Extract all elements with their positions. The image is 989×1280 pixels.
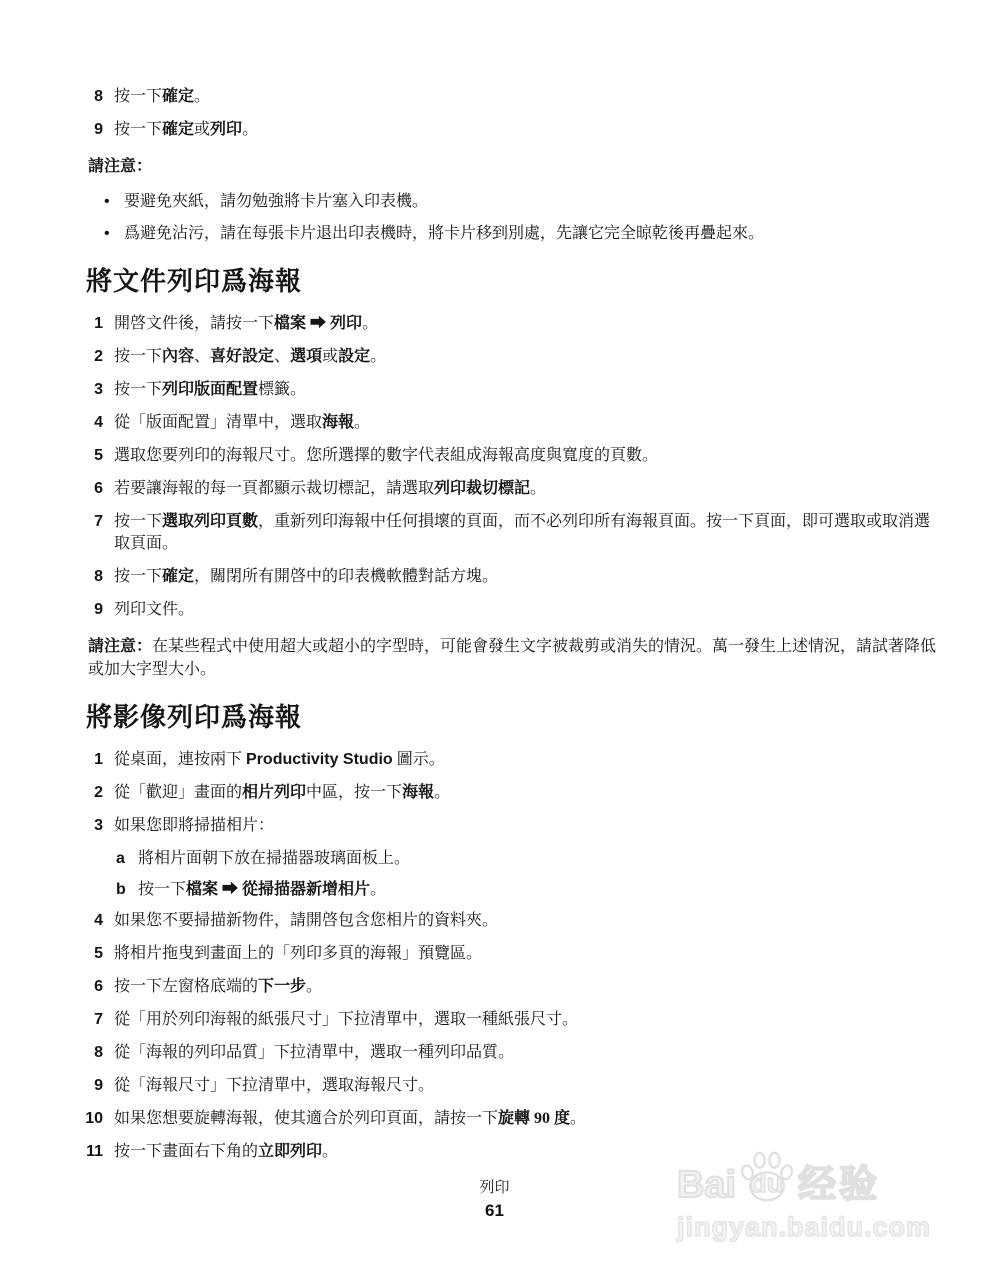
text-run: 海報 [402, 784, 434, 801]
step-text: 將相片面朝下放在掃描器玻璃面板上。 [138, 848, 944, 870]
step-text: 按一下列印版面配置標籤。 [114, 379, 944, 401]
step-text: 從「版面配置」清單中，選取海報。 [114, 412, 944, 434]
text-run: 相片列印 [242, 784, 306, 801]
note-paragraph: 請注意：在某些程式中使用超大或超小的字型時，可能會發生文字被裁剪或消失的情況。萬… [88, 635, 944, 681]
step-item: 1開啓文件後，請按一下檔案 ➡ 列印。 [88, 313, 944, 335]
bullet-item: •爲避免沾污，請在每張卡片退出印表機時，將卡片移到別處，先讓它完全晾乾後再疊起來… [88, 223, 944, 245]
step-number: 1 [85, 749, 103, 771]
baidu-logo-du: du [750, 1170, 783, 1197]
text-run: 列印 [210, 121, 242, 138]
text-run: 。 [434, 784, 450, 801]
text-run: 按一下 [114, 568, 162, 585]
step-number: b [116, 879, 128, 901]
section-heading: 將影像列印爲海報 [86, 703, 944, 733]
text-run: 從「海報的列印品質」下拉清單中，選取一種列印品質。 [114, 1044, 514, 1061]
baidu-logo-jingyan: 经验 [798, 1166, 880, 1204]
section-heading: 將文件列印爲海報 [86, 267, 944, 297]
bullet-item: •要避免夾紙，請勿勉強將卡片塞入印表機。 [88, 191, 944, 213]
substep-item: b按一下檔案 ➡ 從掃描器新增相片。 [116, 879, 944, 901]
step-number: 2 [85, 782, 103, 804]
text-run: 按一下 [114, 348, 162, 365]
step-text: 如果您想要旋轉海報，使其適合於列印頁面，請按一下旋轉 90 度。 [114, 1108, 944, 1130]
step-number: 8 [85, 1042, 103, 1064]
text-run: 或 [194, 121, 210, 138]
step-text: 按一下確定或列印。 [114, 119, 944, 141]
step-number: 9 [85, 599, 103, 621]
bullet-text: 爲避免沾污，請在每張卡片退出印表機時，將卡片移到別處，先讓它完全晾乾後再疊起來。 [124, 223, 944, 245]
step-number: 11 [85, 1141, 103, 1163]
step-item: 7按一下選取列印頁數，重新列印海報中任何損壞的頁面，而不必列印所有海報頁面。按一… [88, 511, 944, 555]
step-item: 6若要讓海報的每一頁都顯示裁切標記，請選取列印裁切標記。 [88, 478, 944, 500]
step-number: 7 [85, 1009, 103, 1031]
step-item: 3按一下列印版面配置標籤。 [88, 379, 944, 401]
text-run: 若要讓海報的每一頁都顯示裁切標記，請選取 [114, 480, 434, 497]
text-run: 從「海報尺寸」下拉清單中，選取海報尺寸。 [114, 1077, 434, 1094]
step-number: 2 [85, 346, 103, 368]
text-run: 按一下左窗格底端的 [114, 978, 258, 995]
step-item: 7從「用於列印海報的紙張尺寸」下拉清單中，選取一種紙張尺寸。 [88, 1009, 944, 1031]
baidu-logo: Bai du 经验 [677, 1150, 931, 1204]
text-run: 旋轉 90 度 [498, 1110, 570, 1127]
step-number: 9 [85, 1075, 103, 1097]
step-item: 9從「海報尺寸」下拉清單中，選取海報尺寸。 [88, 1075, 944, 1097]
text-run: 。 [370, 881, 386, 898]
text-run: 從「版面配置」清單中，選取 [114, 414, 322, 431]
baidu-logo-bai: Bai [677, 1166, 736, 1204]
step-text: 若要讓海報的每一頁都顯示裁切標記，請選取列印裁切標記。 [114, 478, 944, 500]
text-run: ➡ [218, 881, 242, 898]
bullet-marker: • [104, 191, 114, 213]
step-item: 9按一下確定或列印。 [88, 119, 944, 141]
step-number: 4 [85, 412, 103, 434]
text-run: 海報 [322, 414, 354, 431]
text-run: 從「歡迎」畫面的 [114, 784, 242, 801]
step-item: 6按一下左窗格底端的下一步。 [88, 976, 944, 998]
text-run: 檔案 [274, 315, 306, 332]
text-run: 。 [570, 1110, 586, 1127]
text-run: 開啓文件後，請按一下 [114, 315, 274, 332]
step-number: 8 [85, 86, 103, 108]
step-text: 從「海報的列印品質」下拉清單中，選取一種列印品質。 [114, 1042, 944, 1064]
text-run: 。 [194, 88, 210, 105]
step-text: 按一下檔案 ➡ 從掃描器新增相片。 [138, 879, 944, 901]
text-run: ，關閉所有開啓中的印表機軟體對話方塊。 [194, 568, 498, 585]
text-run: 如果您不要掃描新物件，請開啓包含您相片的資料夾。 [114, 912, 498, 929]
step-text: 按一下確定，關閉所有開啓中的印表機軟體對話方塊。 [114, 566, 944, 588]
text-run: 。 [242, 121, 258, 138]
text-run: 按一下畫面右下角的 [114, 1143, 258, 1160]
paw-icon: du [739, 1150, 795, 1204]
step-text: 開啓文件後，請按一下檔案 ➡ 列印。 [114, 313, 944, 335]
step-text: 將相片拖曳到畫面上的「列印多頁的海報」預覽區。 [114, 943, 944, 965]
document-content: 8按一下確定。9按一下確定或列印。請注意：•要避免夾紙，請勿勉強將卡片塞入印表機… [88, 86, 944, 1174]
text-run: 確定 [162, 568, 194, 585]
text-run: 立即列印 [258, 1143, 322, 1160]
text-run: 按一下 [114, 88, 162, 105]
text-run: 請注意： [88, 158, 152, 175]
step-number: 10 [85, 1108, 103, 1130]
step-number: 1 [85, 313, 103, 335]
text-run: 列印 [330, 315, 362, 332]
text-run: Productivity Studio [246, 751, 393, 768]
text-run: 從桌面，連按兩下 [114, 751, 246, 768]
text-run: 、 [274, 348, 290, 365]
text-run: 或 [322, 348, 338, 365]
text-run: 按一下 [114, 513, 162, 530]
step-item: 1從桌面，連按兩下 Productivity Studio 圖示。 [88, 749, 944, 771]
step-number: 6 [85, 478, 103, 500]
text-run: 要避免夾紙，請勿勉強將卡片塞入印表機。 [124, 193, 428, 210]
step-item: 2按一下內容、喜好設定、選項或設定。 [88, 346, 944, 368]
step-text: 按一下確定。 [114, 86, 944, 108]
step-number: 8 [85, 566, 103, 588]
step-text: 從桌面，連按兩下 Productivity Studio 圖示。 [114, 749, 944, 771]
step-text: 從「用於列印海報的紙張尺寸」下拉清單中，選取一種紙張尺寸。 [114, 1009, 944, 1031]
step-text: 從「海報尺寸」下拉清單中，選取海報尺寸。 [114, 1075, 944, 1097]
text-run: 設定 [338, 348, 370, 365]
text-run: 下一步 [258, 978, 306, 995]
step-item: 4如果您不要掃描新物件，請開啓包含您相片的資料夾。 [88, 910, 944, 932]
text-run: 內容 [162, 348, 194, 365]
step-item: 8按一下確定。 [88, 86, 944, 108]
text-run: 列印裁切標記 [434, 480, 530, 497]
text-run: 確定 [162, 121, 194, 138]
text-run: 。 [322, 1143, 338, 1160]
step-item: 10如果您想要旋轉海報，使其適合於列印頁面，請按一下旋轉 90 度。 [88, 1108, 944, 1130]
text-run: 確定 [162, 88, 194, 105]
step-item: 4從「版面配置」清單中，選取海報。 [88, 412, 944, 434]
step-item: 8按一下確定，關閉所有開啓中的印表機軟體對話方塊。 [88, 566, 944, 588]
substep-item: a將相片面朝下放在掃描器玻璃面板上。 [116, 848, 944, 870]
text-run: 中區，按一下 [306, 784, 402, 801]
step-number: 9 [85, 119, 103, 141]
step-number: 4 [85, 910, 103, 932]
step-item: 5選取您要列印的海報尺寸。您所選擇的數字代表組成海報高度與寬度的頁數。 [88, 445, 944, 467]
text-run: ➡ [306, 315, 330, 332]
text-run: 將相片面朝下放在掃描器玻璃面板上。 [138, 850, 410, 867]
step-text: 如果您即將掃描相片： [114, 815, 944, 837]
step-number: 5 [85, 445, 103, 467]
step-text: 按一下左窗格底端的下一步。 [114, 976, 944, 998]
step-item: 2從「歡迎」畫面的相片列印中區，按一下海報。 [88, 782, 944, 804]
text-run: 、 [194, 348, 210, 365]
manual-page: 8按一下確定。9按一下確定或列印。請注意：•要避免夾紙，請勿勉強將卡片塞入印表機… [0, 0, 989, 1280]
step-item: 5將相片拖曳到畫面上的「列印多頁的海報」預覽區。 [88, 943, 944, 965]
text-run: 按一下 [114, 381, 162, 398]
step-item: 3如果您即將掃描相片： [88, 815, 944, 837]
text-run: 選取列印頁數 [162, 513, 258, 530]
step-number: a [116, 848, 128, 870]
text-run: 從「用於列印海報的紙張尺寸」下拉清單中，選取一種紙張尺寸。 [114, 1011, 578, 1028]
text-run: 標籤。 [258, 381, 306, 398]
step-item: 8從「海報的列印品質」下拉清單中，選取一種列印品質。 [88, 1042, 944, 1064]
bullet-text: 要避免夾紙，請勿勉強將卡片塞入印表機。 [124, 191, 944, 213]
text-run: 如果您想要旋轉海報，使其適合於列印頁面，請按一下 [114, 1110, 498, 1127]
text-run: 列印文件。 [114, 601, 194, 618]
text-run: 按一下 [114, 121, 162, 138]
step-number: 3 [85, 379, 103, 401]
text-run: 如果您即將掃描相片： [114, 817, 274, 834]
step-text: 選取您要列印的海報尺寸。您所選擇的數字代表組成海報高度與寬度的頁數。 [114, 445, 944, 467]
text-run: 檔案 [186, 881, 218, 898]
text-run: 。 [354, 414, 370, 431]
text-run: 。 [306, 978, 322, 995]
text-run: 圖示。 [393, 751, 445, 768]
text-run: 喜好設定 [210, 348, 274, 365]
step-text: 如果您不要掃描新物件，請開啓包含您相片的資料夾。 [114, 910, 944, 932]
step-number: 6 [85, 976, 103, 998]
step-text: 列印文件。 [114, 599, 944, 621]
text-run: 。 [530, 480, 546, 497]
bullet-marker: • [104, 223, 114, 245]
text-run: 選取您要列印的海報尺寸。您所選擇的數字代表組成海報高度與寬度的頁數。 [114, 447, 658, 464]
step-text: 按一下內容、喜好設定、選項或設定。 [114, 346, 944, 368]
text-run: 列印版面配置 [162, 381, 258, 398]
baidu-watermark: Bai du 经验 jingyan.baidu.com [677, 1150, 931, 1243]
text-run: 請注意： [88, 638, 152, 655]
watermark-url: jingyan.baidu.com [677, 1212, 931, 1243]
text-run: 。 [370, 348, 386, 365]
step-number: 3 [85, 815, 103, 837]
step-number: 7 [85, 511, 103, 555]
step-text: 從「歡迎」畫面的相片列印中區，按一下海報。 [114, 782, 944, 804]
note-label: 請注意： [88, 156, 944, 178]
text-run: 爲避免沾污，請在每張卡片退出印表機時，將卡片移到別處，先讓它完全晾乾後再疊起來。 [124, 225, 764, 242]
text-run: 從掃描器新增相片 [242, 881, 370, 898]
text-run: 選項 [290, 348, 322, 365]
text-run: 將相片拖曳到畫面上的「列印多頁的海報」預覽區。 [114, 945, 482, 962]
step-number: 5 [85, 943, 103, 965]
text-run: 。 [362, 315, 378, 332]
step-text: 按一下選取列印頁數，重新列印海報中任何損壞的頁面，而不必列印所有海報頁面。按一下… [114, 511, 944, 555]
text-run: 按一下 [138, 881, 186, 898]
text-run: 在某些程式中使用超大或超小的字型時，可能會發生文字被裁剪或消失的情況。萬一發生上… [88, 638, 936, 678]
step-item: 9列印文件。 [88, 599, 944, 621]
